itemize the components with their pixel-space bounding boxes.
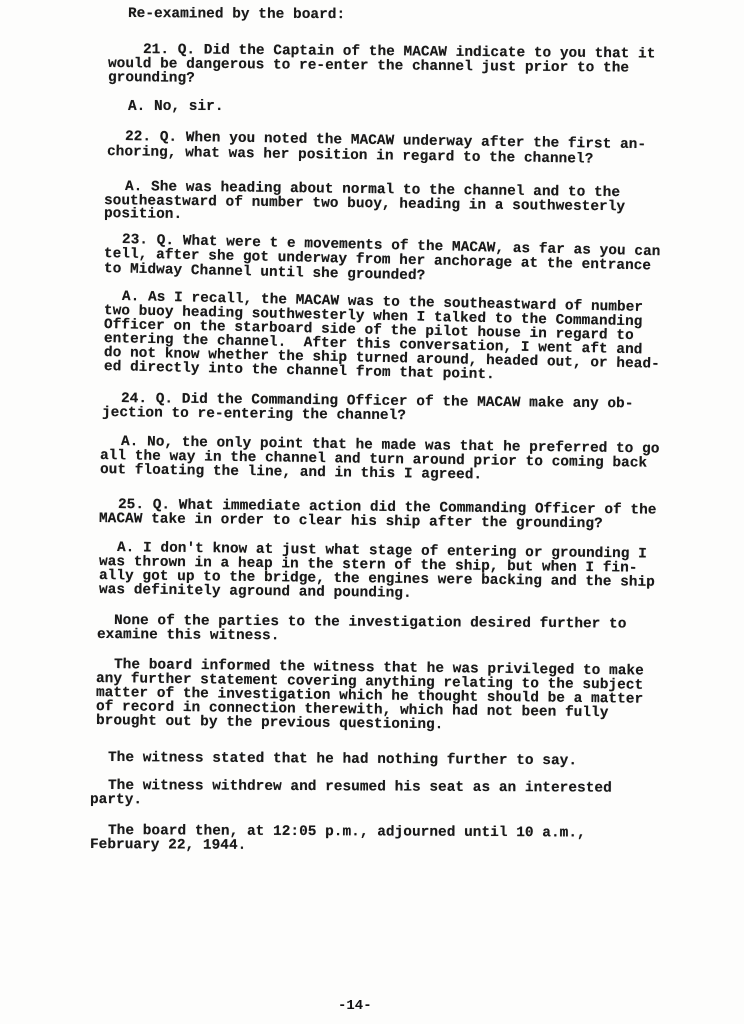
none-parties-line-2: examine this witness. — [97, 628, 279, 643]
section-heading: Re-examined by the board: — [128, 7, 345, 22]
q24-line-2: jection to re-entering the channel? — [102, 406, 406, 423]
nothing-further-line-1: The witness stated that he had nothing f… — [108, 751, 577, 768]
q21-line-3: grounding? — [108, 71, 195, 86]
withdrew-line-2: party. — [90, 793, 142, 807]
adjourned-line-2: February 22, 1944. — [90, 838, 246, 853]
a22-line-3: position. — [104, 207, 182, 222]
a25-line-4: was definitely aground and pounding. — [99, 583, 412, 601]
a24-line-3: out floating the line, and in this I agr… — [100, 463, 482, 482]
q25-line-2: MACAW take in order to clear his ship af… — [99, 512, 603, 531]
board-informed-line-5: brought out by the previous questioning. — [96, 714, 444, 732]
document-page: Re-examined by the board: 21. Q. Did the… — [0, 0, 744, 1024]
page-number: -14- — [338, 998, 372, 1014]
withdrew-line-1: The witness withdrew and resumed his sea… — [108, 779, 612, 796]
a21-line-1: A. No, sir. — [128, 100, 224, 114]
